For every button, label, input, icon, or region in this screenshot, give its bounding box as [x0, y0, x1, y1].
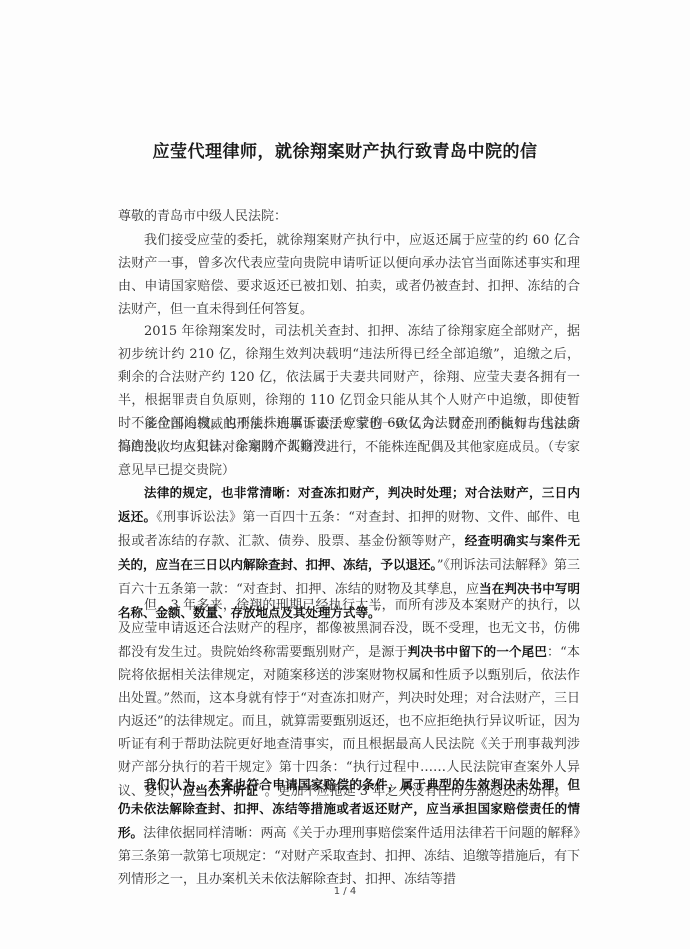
body-text: 法律依据同样清晰：两高《关于办理刑事赔偿案件适用法律若干问题的解释》第三条第一款… [118, 826, 580, 887]
document-page: 应莹代理律师，就徐翔案财产执行致青岛中院的信 尊敬的青岛市中级人民法院： 我们接… [0, 0, 690, 949]
paragraph: 我们接受应莹的委托，就徐翔案财产执行中，应返还属于应莹的约 60 亿合法财产一事… [118, 229, 580, 321]
body-text: 我们接受应莹的委托，就徐翔案财产执行中，应返还属于应莹的约 60 亿合法财产一事… [118, 233, 580, 317]
emphasized-text: 判决书中留下的一个尾巴 [408, 644, 547, 659]
paragraph: 我们认为，本案也符合申请国家赔偿的条件，属于典型的生效判决未处理，但仍未依法解除… [118, 773, 580, 891]
salutation: 尊敬的青岛市中级人民法院： [118, 205, 287, 224]
paragraph: 多位国内权威的刑法、刑事诉讼法专家也一致认为：罚金刑的执行与违法所得的没收均应只… [118, 413, 580, 482]
body-text: 多位国内权威的刑法、刑事诉讼法专家也一致认为：罚金刑的执行与违法所得的没收均应只… [118, 417, 580, 478]
document-title: 应莹代理律师，就徐翔案财产执行致青岛中院的信 [0, 137, 690, 162]
page-number: 1 / 4 [0, 886, 690, 897]
paragraph: 但，3 年多来，徐翔的刑期已经执行大半，而所有涉及本案财产的执行，以及应莹申请返… [118, 594, 580, 803]
